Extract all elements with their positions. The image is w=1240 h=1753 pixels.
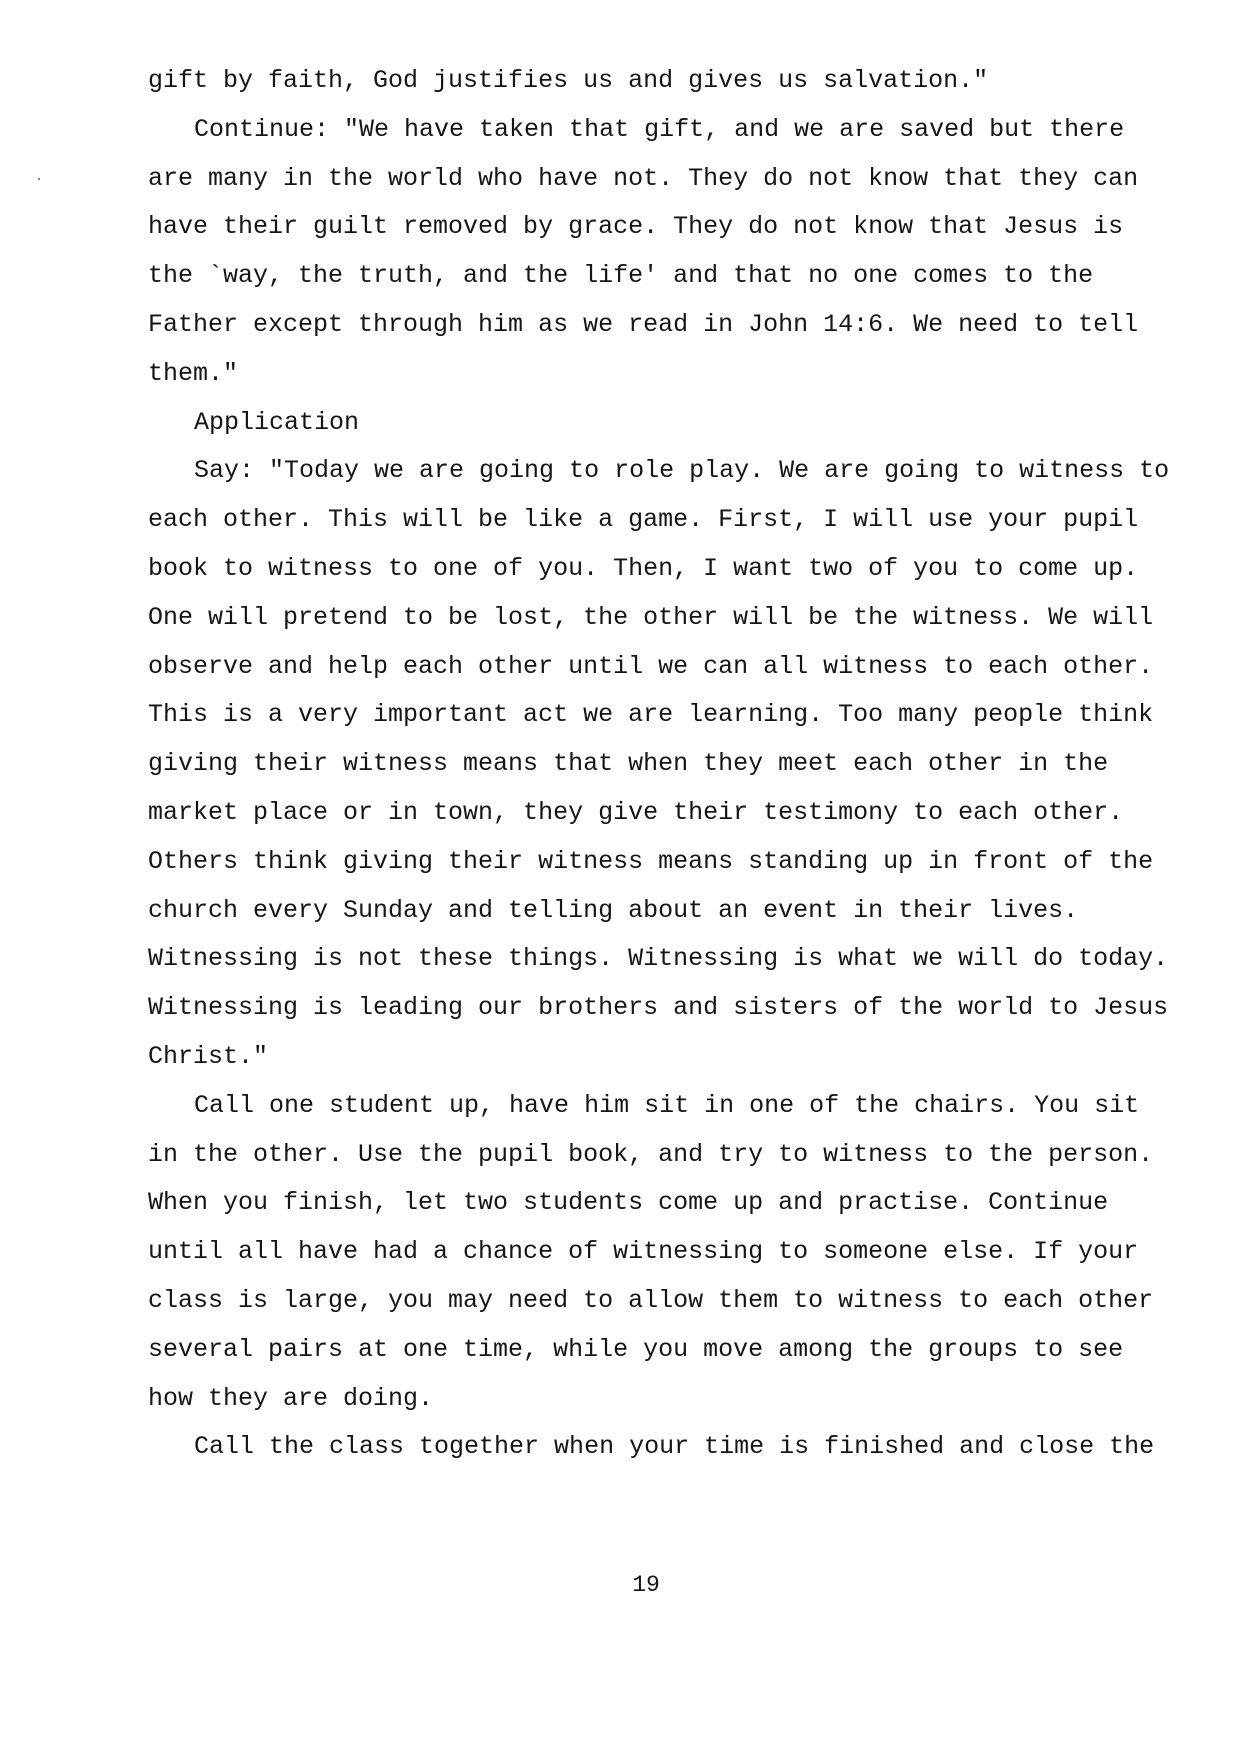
text-line: One will pretend to be lost, the other w… <box>148 603 1153 633</box>
text-line: Witnessing is not these things. Witnessi… <box>148 944 1168 974</box>
paragraph-first-line: Call the class together when your time i… <box>194 1432 1154 1462</box>
paragraph-first-line: Call one student up, have him sit in one… <box>194 1091 1139 1121</box>
text-line: Witnessing is leading our brothers and s… <box>148 993 1168 1023</box>
page-number: 19 <box>0 1570 1240 1600</box>
text-line: market place or in town, they give their… <box>148 798 1123 828</box>
paragraph-first-line: Say: "Today we are going to role play. W… <box>194 456 1169 486</box>
text-line: them." <box>148 359 238 389</box>
text-line: are many in the world who have not. They… <box>148 164 1138 194</box>
text-line: until all have had a chance of witnessin… <box>148 1237 1138 1267</box>
text-line: When you finish, let two students come u… <box>148 1188 1108 1218</box>
document-page: gift by faith, God justifies us and give… <box>0 0 1240 1753</box>
text-line: in the other. Use the pupil book, and tr… <box>148 1140 1153 1170</box>
text-line: how they are doing. <box>148 1384 433 1414</box>
text-line: the `way, the truth, and the life' and t… <box>148 261 1093 291</box>
text-line: observe and help each other until we can… <box>148 652 1153 682</box>
text-line: gift by faith, God justifies us and give… <box>148 66 988 96</box>
text-line: several pairs at one time, while you mov… <box>148 1335 1123 1365</box>
paragraph-first-line: Continue: "We have taken that gift, and … <box>194 115 1124 145</box>
text-line: Father except through him as we read in … <box>148 310 1138 340</box>
text-line: giving their witness means that when the… <box>148 749 1108 779</box>
text-line: Christ." <box>148 1042 268 1072</box>
text-line: Others think giving their witness means … <box>148 847 1153 877</box>
text-line: have their guilt removed by grace. They … <box>148 212 1123 242</box>
text-line: This is a very important act we are lear… <box>148 700 1153 730</box>
text-line: class is large, you may need to allow th… <box>148 1286 1153 1316</box>
scan-speck <box>38 178 40 180</box>
paragraph-first-line: Application <box>194 408 359 438</box>
text-line: book to witness to one of you. Then, I w… <box>148 554 1138 584</box>
text-line: each other. This will be like a game. Fi… <box>148 505 1138 535</box>
text-line: church every Sunday and telling about an… <box>148 896 1078 926</box>
